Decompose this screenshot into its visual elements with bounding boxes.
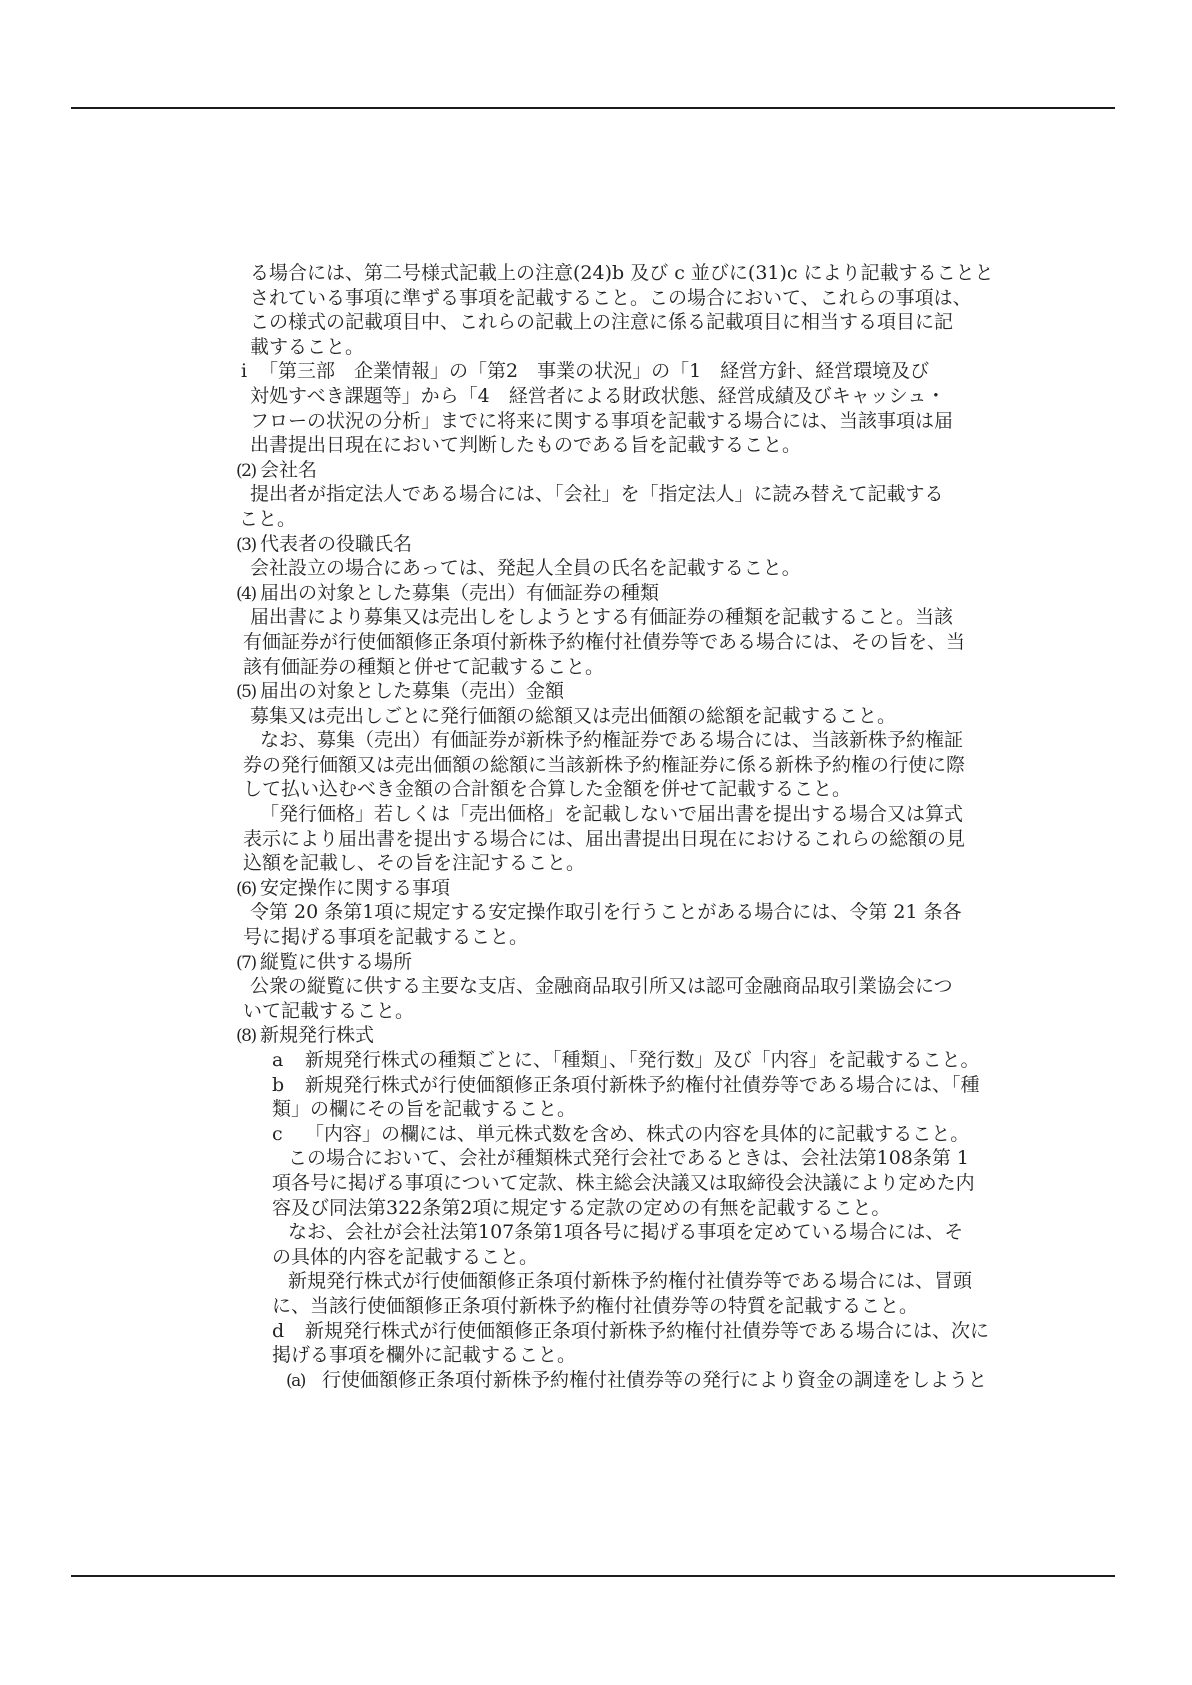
line-text: 届出書により募集又は売出しをしようとする有価証券の種類を記載すること。当該 [250,606,953,628]
item-marker: (2) [236,459,260,484]
text-line: (8)新規発行株式 [236,1023,996,1048]
text-line: (a)行使価額修正条項付新株予約権付社債券等の発行により資金の調達をしようと [236,1368,996,1393]
text-line: 有価証券が行使価額修正条項付新株予約権付社債券等である場合には、その旨を、当 [236,630,996,655]
text-line: 表示により届出書を提出する場合には、届出書提出日現在におけるこれらの総額の見 [236,827,996,852]
text-line: の具体的内容を記載すること。 [236,1245,996,1270]
text-line: 対処すべき課題等」から「4 経営者による財政状態、経営成績及びキャッシュ・ [236,384,996,409]
text-line: 掲げる事項を欄外に記載すること。 [236,1343,996,1368]
item-marker: (6) [236,877,260,902]
text-line: 提出者が指定法人である場合には、「会社」を「指定法人」に読み替えて記載する [236,482,996,507]
line-text: 提出者が指定法人である場合には、「会社」を「指定法人」に読み替えて記載する [250,483,944,505]
bottom-rule [71,1575,1115,1577]
text-line: フローの状況の分析」までに将来に関する事項を記載する場合には、当該事項は届 [236,409,996,434]
line-text: フローの状況の分析」までに将来に関する事項を記載する場合には、当該事項は届 [250,410,953,432]
text-line: 新規発行株式が行使価額修正条項付新株予約権付社債券等である場合には、冒頭 [236,1269,996,1294]
item-marker: d [272,1319,305,1344]
text-line: (3)代表者の役職氏名 [236,532,996,557]
line-text: 公衆の縦覧に供する主要な支店、金融商品取引所又は認可金融商品取引業協会につ [250,975,953,997]
text-line: c「内容」の欄には、単元株式数を含め、株式の内容を具体的に記載すること。 [236,1122,996,1147]
text-line: a新規発行株式の種類ごとに、「種類」、「発行数」及び「内容」を記載すること。 [236,1048,996,1073]
line-text: いて記載すること。 [243,1000,414,1022]
line-text: この様式の記載項目中、これらの記載上の注意に係る記載項目に相当する項目に記 [250,311,953,333]
line-text: 「内容」の欄には、単元株式数を含め、株式の内容を具体的に記載すること。 [305,1123,969,1145]
line-text: る場合には、第二号様式記載上の注意(24)b 及び c 並びに(31)c により… [250,262,994,284]
line-text: 類」の欄にその旨を記載すること。 [272,1098,576,1120]
text-line: 公衆の縦覧に供する主要な支店、金融商品取引所又は認可金融商品取引業協会につ [236,974,996,999]
line-text: 有価証券が行使価額修正条項付新株予約権付社債券等である場合には、その旨を、当 [243,631,965,653]
text-line: 届出書により募集又は売出しをしようとする有価証券の種類を記載すること。当該 [236,605,996,630]
text-line: 「発行価格」若しくは「売出価格」を記載しないで届出書を提出する場合又は算式 [236,802,996,827]
line-text: 新規発行株式の種類ごとに、「種類」、「発行数」及び「内容」を記載すること。 [305,1049,980,1071]
text-line: d新規発行株式が行使価額修正条項付新株予約権付社債券等である場合には、次に [236,1319,996,1344]
text-line: 令第 20 条第1項に規定する安定操作取引を行うことがある場合には、令第 21 … [236,900,996,925]
text-line: (6)安定操作に関する事項 [236,876,996,901]
item-marker: (5) [236,680,260,705]
text-line: b新規発行株式が行使価額修正条項付新株予約権付社債券等である場合には、「種 [236,1073,996,1098]
text-line: 募集又は売出しごとに発行価額の総額又は売出価額の総額を記載すること。 [236,704,996,729]
line-text: されている事項に準ずる事項を記載すること。この場合において、これらの事項は、 [250,287,972,309]
line-text: 安定操作に関する事項 [260,877,450,899]
text-line: 項各号に掲げる事項について定款、株主総会決議又は取締役会決議により定めた内 [236,1171,996,1196]
text-line: 載すること。 [236,335,996,360]
text-line: (5)届出の対象とした募集（売出）金額 [236,679,996,704]
line-text: 会社名 [260,459,317,481]
document-page: る場合には、第二号様式記載上の注意(24)b 及び c 並びに(31)c により… [0,0,1192,1685]
line-text: 表示により届出書を提出する場合には、届出書提出日現在におけるこれらの総額の見 [243,828,965,850]
line-text: 対処すべき課題等」から「4 経営者による財政状態、経営成績及びキャッシュ・ [250,385,945,407]
line-text: 届出の対象とした募集（売出）金額 [260,680,564,702]
item-marker: (4) [236,582,260,607]
line-text: 出書提出日現在において判断したものである旨を記載すること。 [250,434,801,456]
line-text: 新規発行株式が行使価額修正条項付新株予約権付社債券等である場合には、次に [305,1320,989,1342]
text-line: 号に掲げる事項を記載すること。 [236,925,996,950]
text-line: (2)会社名 [236,458,996,483]
line-text: 令第 20 条第1項に規定する安定操作取引を行うことがある場合には、令第 21 … [250,901,962,923]
line-text: こと。 [239,508,296,530]
line-text: の具体的内容を記載すること。 [272,1246,538,1268]
line-text: 「第三部 企業情報」の「第2 事業の状況」の「1 経営方針、経営環境及び [259,360,929,382]
item-marker: a [272,1048,305,1073]
line-text: なお、会社が会社法第107条第1項各号に掲げる事項を定めている場合には、そ [288,1221,963,1243]
line-text: 代表者の役職氏名 [260,533,412,555]
line-text: 行使価額修正条項付新株予約権付社債券等の発行により資金の調達をしようと [322,1369,987,1391]
item-marker: (a) [286,1369,322,1394]
line-text: 届出の対象とした募集（売出）有価証券の種類 [260,582,659,604]
text-line: に、当該行使価額修正条項付新株予約権付社債券等の特質を記載すること。 [236,1294,996,1319]
item-marker: c [272,1122,305,1147]
text-line: されている事項に準ずる事項を記載すること。この場合において、これらの事項は、 [236,286,996,311]
item-marker: (8) [236,1024,260,1049]
text-line: 容及び同法第322条第2項に規定する定款の定めの有無を記載すること。 [236,1196,996,1221]
text-line: いて記載すること。 [236,999,996,1024]
line-text: 「発行価格」若しくは「売出価格」を記載しないで届出書を提出する場合又は算式 [260,803,963,825]
line-text: に、当該行使価額修正条項付新株予約権付社債券等の特質を記載すること。 [272,1295,918,1317]
text-line: こと。 [236,507,996,532]
text-line: (7)縦覧に供する場所 [236,950,996,975]
text-line: 出書提出日現在において判断したものである旨を記載すること。 [236,433,996,458]
text-line: この場合において、会社が種類株式発行会社であるときは、会社法第108条第 1 [236,1146,996,1171]
text-block: る場合には、第二号様式記載上の注意(24)b 及び c 並びに(31)c により… [236,261,996,1392]
text-line: る場合には、第二号様式記載上の注意(24)b 及び c 並びに(31)c により… [236,261,996,286]
line-text: 縦覧に供する場所 [260,951,412,973]
line-text: 新規発行株式が行使価額修正条項付新株予約権付社債券等である場合には、冒頭 [288,1270,972,1292]
item-marker: (7) [236,951,260,976]
text-line: i「第三部 企業情報」の「第2 事業の状況」の「1 経営方針、経営環境及び [236,359,996,384]
line-text: 容及び同法第322条第2項に規定する定款の定めの有無を記載すること。 [272,1197,890,1219]
top-rule [71,107,1115,109]
line-text: 項各号に掲げる事項について定款、株主総会決議又は取締役会決議により定めた内 [272,1172,975,1194]
line-text: この場合において、会社が種類株式発行会社であるときは、会社法第108条第 1 [288,1147,969,1169]
text-line: なお、会社が会社法第107条第1項各号に掲げる事項を定めている場合には、そ [236,1220,996,1245]
item-marker: i [241,359,259,384]
item-marker: (3) [236,533,260,558]
text-line: (4)届出の対象とした募集（売出）有価証券の種類 [236,581,996,606]
text-line: 会社設立の場合にあっては、発起人全員の氏名を記載すること。 [236,556,996,581]
line-text: 募集又は売出しごとに発行価額の総額又は売出価額の総額を記載すること。 [250,705,896,727]
text-line: なお、募集（売出）有価証券が新株予約権証券である場合には、当該新株予約権証 [236,728,996,753]
text-line: 類」の欄にその旨を記載すること。 [236,1097,996,1122]
line-text: して払い込むべき金額の合計額を合算した金額を併せて記載すること。 [243,778,851,800]
text-line: この様式の記載項目中、これらの記載上の注意に係る記載項目に相当する項目に記 [236,310,996,335]
item-marker: b [272,1073,305,1098]
line-text: なお、募集（売出）有価証券が新株予約権証券である場合には、当該新株予約権証 [260,729,963,751]
line-text: 載すること。 [250,336,364,358]
line-text: 券の発行価額又は売出価額の総額に当該新株予約権証券に係る新株予約権の行使に際 [243,754,965,776]
line-text: 会社設立の場合にあっては、発起人全員の氏名を記載すること。 [250,557,801,579]
line-text: 号に掲げる事項を記載すること。 [243,926,528,948]
text-line: 券の発行価額又は売出価額の総額に当該新株予約権証券に係る新株予約権の行使に際 [236,753,996,778]
line-text: 込額を記載し、その旨を注記すること。 [243,852,585,874]
line-text: 新規発行株式が行使価額修正条項付新株予約権付社債券等である場合には、「種 [305,1074,980,1096]
line-text: 掲げる事項を欄外に記載すること。 [272,1344,576,1366]
text-line: して払い込むべき金額の合計額を合算した金額を併せて記載すること。 [236,777,996,802]
text-line: 該有価証券の種類と併せて記載すること。 [236,655,996,680]
line-text: 新規発行株式 [260,1024,374,1046]
text-line: 込額を記載し、その旨を注記すること。 [236,851,996,876]
line-text: 該有価証券の種類と併せて記載すること。 [243,656,604,678]
